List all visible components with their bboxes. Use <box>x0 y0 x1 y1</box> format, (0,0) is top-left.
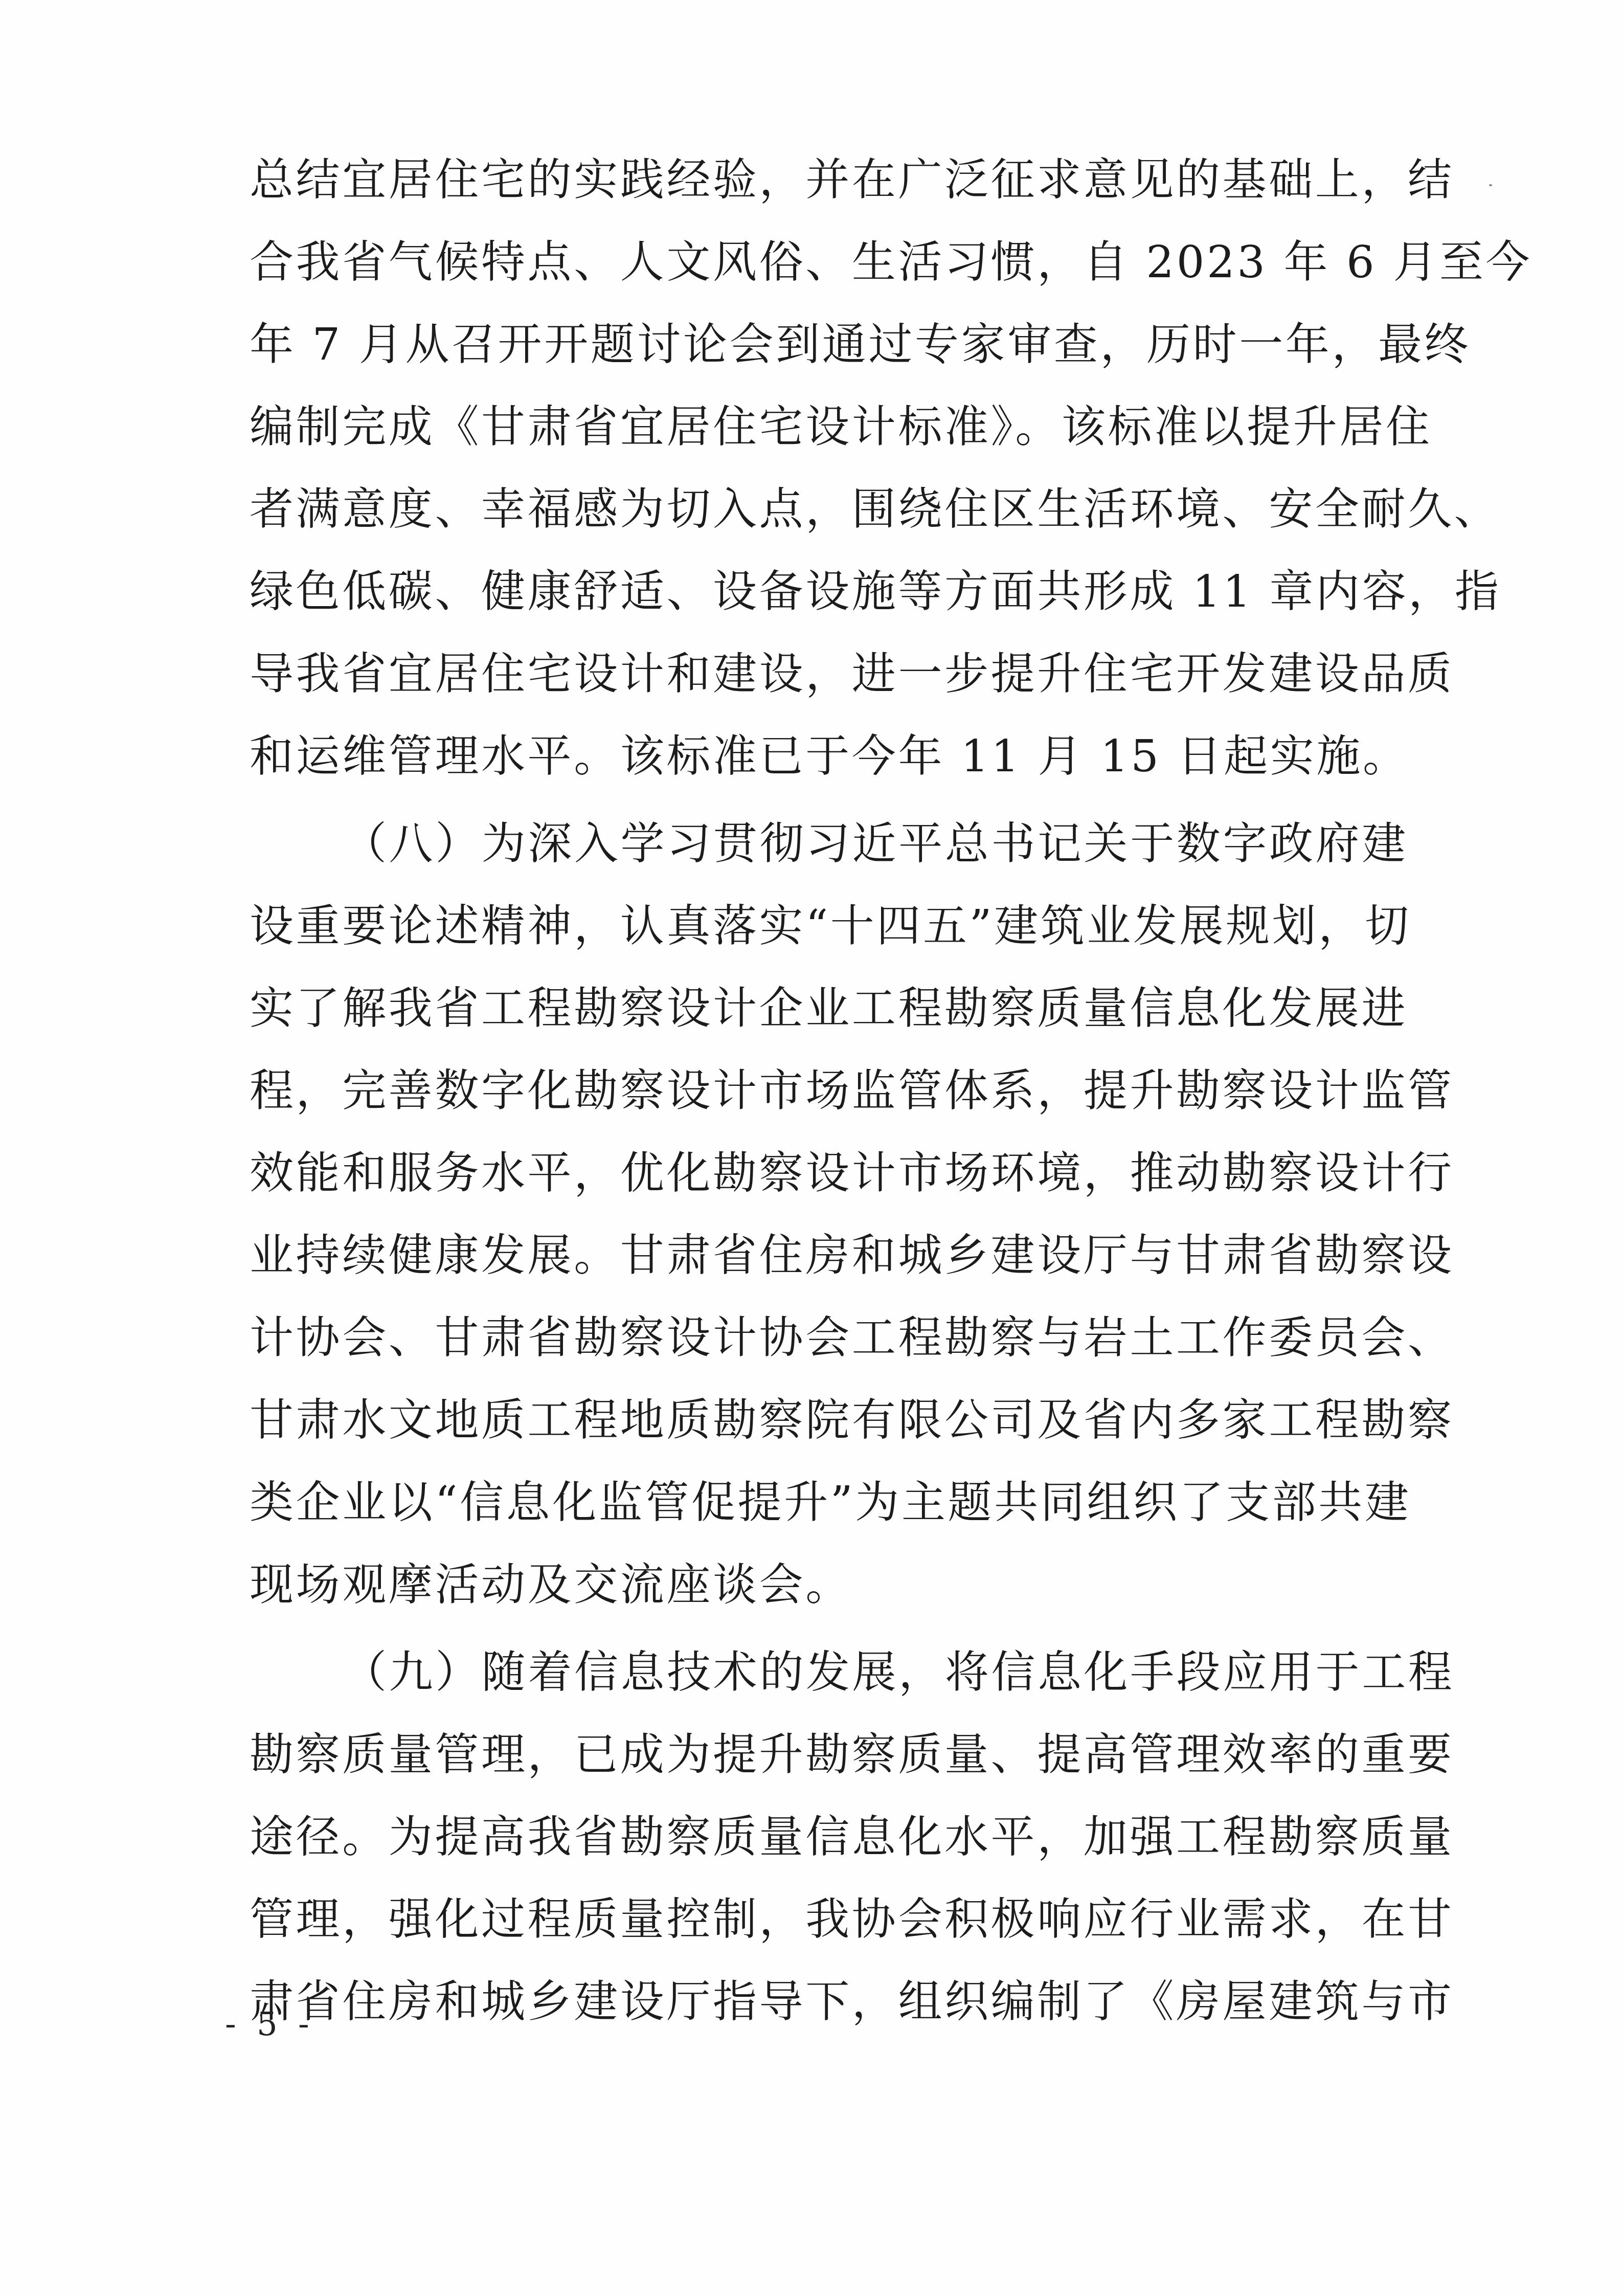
text-line: 合我省气候特点、人文风俗、生活习惯，自 2023 年 6 月至今 <box>250 232 1369 314</box>
text-line: 编制完成《甘肃省宜居住宅设计标准》。该标准以提升居住 <box>250 396 1369 479</box>
paragraph-spacing <box>250 808 1369 813</box>
text-line: 途径。为提高我省勘察质量信息化水平，加强工程勘察质量 <box>250 1807 1369 1889</box>
paragraph-item-9: （九）随着信息技术的发展，将信息化手段应用于工程 勘察质量管理，已成为提升勘察质… <box>250 1642 1369 2054</box>
text-line: 导我省宜居住宅设计和建设，进一步提升住宅开发建设品质 <box>250 643 1369 726</box>
text-line: 业持续健康发展。甘肃省住房和城乡建设厅与甘肃省勘察设 <box>250 1225 1369 1307</box>
text-line: 设重要论述精神，认真落实“十四五”建筑业发展规划，切 <box>250 896 1369 978</box>
scan-artifact <box>1489 184 1492 186</box>
text-line: 甘肃水文地质工程地质勘察院有限公司及省内多家工程勘察 <box>250 1390 1369 1472</box>
text-line: 效能和服务水平，优化勘察设计市场环境，推动勘察设计行 <box>250 1143 1369 1225</box>
text-line: 年 7 月从召开开题讨论会到通过专家审查，历时一年，最终 <box>250 314 1369 396</box>
document-page: 总结宜居住宅的实践经验，并在广泛征求意见的基础上，结 合我省气候特点、人文风俗、… <box>0 0 1623 2296</box>
text-line: 总结宜居住宅的实践经验，并在广泛征求意见的基础上，结 <box>250 149 1369 232</box>
text-line: 类企业以“信息化监管促提升”为主题共同组织了支部共建 <box>250 1472 1369 1554</box>
text-line: （八）为深入学习贯彻习近平总书记关于数字政府建 <box>250 813 1369 896</box>
text-line: 勘察质量管理，已成为提升勘察质量、提高管理效率的重要 <box>250 1724 1369 1807</box>
text-line: 现场观摩活动及交流座谈会。 <box>250 1554 1369 1637</box>
text-line: 者满意度、幸福感为切入点，围绕住区生活环境、安全耐久、 <box>250 479 1369 561</box>
page-number: - 5 - <box>225 2004 314 2045</box>
paragraph-item-8: （八）为深入学习贯彻习近平总书记关于数字政府建 设重要论述精神，认真落实“十四五… <box>250 813 1369 1637</box>
text-line: （九）随着信息技术的发展，将信息化手段应用于工程 <box>250 1642 1369 1724</box>
text-line: 实了解我省工程勘察设计企业工程勘察质量信息化发展进 <box>250 978 1369 1060</box>
text-line: 绿色低碳、健康舒适、设备设施等方面共形成 11 章内容，指 <box>250 561 1369 643</box>
text-line: 计协会、甘肃省勘察设计协会工程勘察与岩土工作委员会、 <box>250 1307 1369 1390</box>
body-text: 总结宜居住宅的实践经验，并在广泛征求意见的基础上，结 合我省气候特点、人文风俗、… <box>250 149 1369 2054</box>
paragraph-spacing <box>250 1637 1369 1642</box>
text-line: 和运维管理水平。该标准已于今年 11 月 15 日起实施。 <box>250 726 1369 808</box>
paragraph-continued: 总结宜居住宅的实践经验，并在广泛征求意见的基础上，结 合我省气候特点、人文风俗、… <box>250 149 1369 808</box>
text-line: 管理，强化过程质量控制，我协会积极响应行业需求，在甘 <box>250 1889 1369 1971</box>
text-line: 程，完善数字化勘察设计市场监管体系，提升勘察设计监管 <box>250 1060 1369 1143</box>
text-line: 肃省住房和城乡建设厅指导下，组织编制了《房屋建筑与市 <box>250 1971 1369 2054</box>
